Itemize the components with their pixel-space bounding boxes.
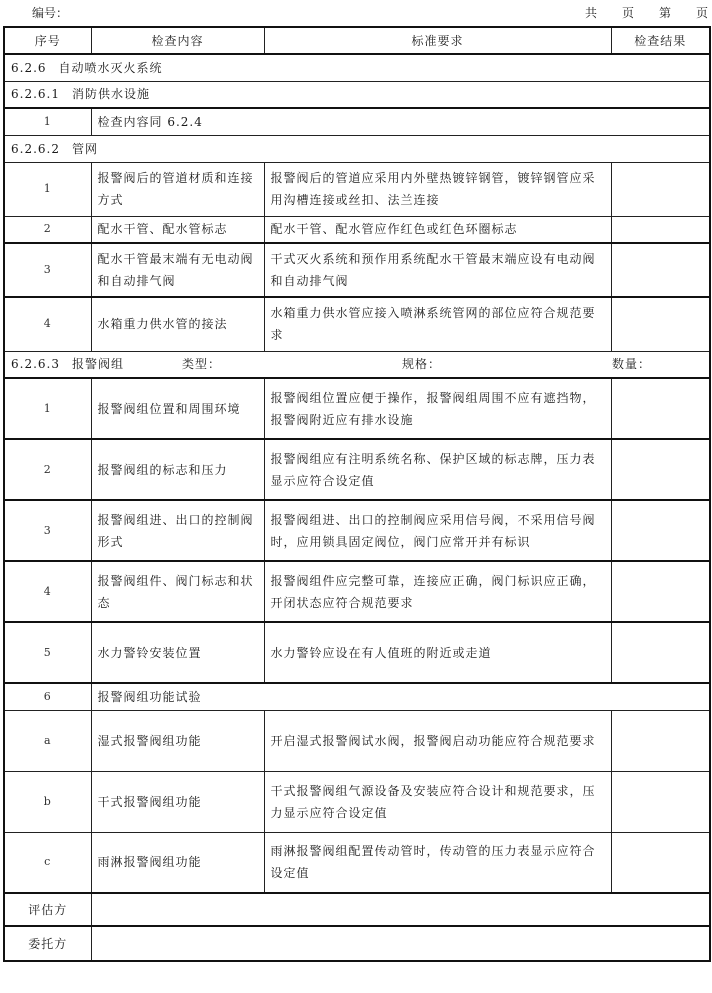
row-requirement: 干式灭火系统和预作用系统配水干管最末端应设有电动阀和自动排气阀	[264, 243, 611, 297]
section-heading: 6.2.6.3报警阀组类型：规格：数量：	[4, 351, 710, 378]
row-content: 配水干管最末端有无电动阀和自动排气阀	[91, 243, 264, 297]
pager-current-label: 第	[659, 4, 671, 21]
section-heading: 6.2.6.2管网	[4, 135, 710, 162]
section-title: 消防供水设施	[72, 87, 150, 101]
pager-total-label: 共	[585, 4, 597, 21]
row-content: 报警阀组的标志和压力	[91, 439, 264, 500]
signature-field[interactable]	[91, 926, 710, 961]
table-row: 2 报警阀组的标志和压力 报警阀组应有注明系统名称、保护区域的标志牌，压力表显示…	[4, 439, 710, 500]
pager-page-unit-2: 页	[696, 4, 708, 21]
row-content: 水力警铃安装位置	[91, 622, 264, 683]
section-number: 6.2.6.2	[11, 142, 60, 156]
row-requirement: 报警阀后的管道应采用内外壁热镀锌钢管，镀锌钢管应采用沟槽连接或丝扣、法兰连接	[264, 162, 611, 216]
row-number: 1	[4, 108, 91, 135]
section-row-6-2-6-2: 6.2.6.2管网	[4, 135, 710, 162]
row-requirement: 报警阀组位置应便于操作，报警阀组周围不应有遮挡物，报警阀附近应有排水设施	[264, 378, 611, 439]
row-number: b	[4, 771, 91, 832]
row-content: 雨淋报警阀组功能	[91, 832, 264, 893]
row-number: 3	[4, 243, 91, 297]
table-row: a 湿式报警阀组功能 开启湿式报警阀试水阀，报警阀启动功能应符合规范要求	[4, 710, 710, 771]
row-result-cell[interactable]	[611, 243, 710, 297]
row-content: 配水干管、配水管标志	[91, 216, 264, 243]
row-result-cell[interactable]	[611, 771, 710, 832]
section-title: 报警阀组	[72, 353, 182, 375]
row-requirement: 报警阀组应有注明系统名称、保护区域的标志牌，压力表显示应符合设定值	[264, 439, 611, 500]
row-content: 检查内容同 6.2.4	[91, 108, 710, 135]
row-requirement: 水箱重力供水管应接入喷淋系统管网的部位应符合规范要求	[264, 297, 611, 351]
row-number: 4	[4, 297, 91, 351]
row-content: 干式报警阀组功能	[91, 771, 264, 832]
row-number: 4	[4, 561, 91, 622]
inspection-table: 序号 检查内容 标准要求 检查结果 6.2.6自动喷水灭火系统 6.2.6.1消…	[3, 26, 711, 962]
row-number: c	[4, 832, 91, 893]
section-heading: 6.2.6自动喷水灭火系统	[4, 54, 710, 81]
table-row: 3 报警阀组进、出口的控制阀形式 报警阀组进、出口的控制阀应采用信号阀，不采用信…	[4, 500, 710, 561]
row-content: 水箱重力供水管的接法	[91, 297, 264, 351]
page-counter: 共 页 第 页	[560, 4, 708, 21]
table-row: 1 报警阀后的管道材质和连接方式 报警阀后的管道应采用内外壁热镀锌钢管，镀锌钢管…	[4, 162, 710, 216]
table-row: 3 配水干管最末端有无电动阀和自动排气阀 干式灭火系统和预作用系统配水干管最末端…	[4, 243, 710, 297]
column-header-no: 序号	[4, 27, 91, 54]
table-row: c 雨淋报警阀组功能 雨淋报警阀组配置传动管时，传动管的压力表显示应符合设定值	[4, 832, 710, 893]
row-result-cell[interactable]	[611, 216, 710, 243]
section-row-6-2-6-3: 6.2.6.3报警阀组类型：规格：数量：	[4, 351, 710, 378]
document-number-label: 编号：	[32, 4, 68, 21]
column-header-content: 检查内容	[91, 27, 264, 54]
section-number: 6.2.6.1	[11, 87, 60, 101]
spec-field-label[interactable]: 规格：	[402, 353, 612, 375]
row-number: 1	[4, 378, 91, 439]
row-content: 报警阀组位置和周围环境	[91, 378, 264, 439]
row-requirement: 报警阀组件应完整可靠，连接应正确，阀门标识应正确，开闭状态应符合规范要求	[264, 561, 611, 622]
row-number: a	[4, 710, 91, 771]
row-requirement: 报警阀组进、出口的控制阀应采用信号阀，不采用信号阀时，应用锁具固定阀位，阀门应常…	[264, 500, 611, 561]
section-row-6-2-6: 6.2.6自动喷水灭火系统	[4, 54, 710, 81]
row-result-cell[interactable]	[611, 378, 710, 439]
row-content: 报警阀后的管道材质和连接方式	[91, 162, 264, 216]
table-row: 4 水箱重力供水管的接法 水箱重力供水管应接入喷淋系统管网的部位应符合规范要求	[4, 297, 710, 351]
row-number: 6	[4, 683, 91, 710]
row-content: 湿式报警阀组功能	[91, 710, 264, 771]
pager-page-unit: 页	[622, 4, 634, 21]
row-result-cell[interactable]	[611, 439, 710, 500]
row-number: 1	[4, 162, 91, 216]
section-number: 6.2.6	[11, 61, 47, 75]
row-number: 5	[4, 622, 91, 683]
column-header-requirement: 标准要求	[264, 27, 611, 54]
row-requirement: 开启湿式报警阀试水阀，报警阀启动功能应符合规范要求	[264, 710, 611, 771]
row-content: 报警阀组进、出口的控制阀形式	[91, 500, 264, 561]
signature-row-assessor: 评估方	[4, 893, 710, 926]
signature-label: 委托方	[4, 926, 91, 961]
signature-field[interactable]	[91, 893, 710, 926]
row-result-cell[interactable]	[611, 561, 710, 622]
signature-row-client: 委托方	[4, 926, 710, 961]
section-number: 6.2.6.3	[11, 357, 60, 371]
row-result-cell[interactable]	[611, 297, 710, 351]
row-requirement: 配水干管、配水管应作红色或红色环圈标志	[264, 216, 611, 243]
table-row: 5 水力警铃安装位置 水力警铃应设在有人值班的附近或走道	[4, 622, 710, 683]
row-content: 报警阀组功能试验	[91, 683, 710, 710]
row-result-cell[interactable]	[611, 500, 710, 561]
section-row-6-2-6-1: 6.2.6.1消防供水设施	[4, 81, 710, 108]
table-row: 4 报警阀组件、阀门标志和状态 报警阀组件应完整可靠，连接应正确，阀门标识应正确…	[4, 561, 710, 622]
row-result-cell[interactable]	[611, 622, 710, 683]
section-title: 管网	[72, 142, 98, 156]
signature-label: 评估方	[4, 893, 91, 926]
row-result-cell[interactable]	[611, 832, 710, 893]
row-content: 报警阀组件、阀门标志和状态	[91, 561, 264, 622]
row-requirement: 水力警铃应设在有人值班的附近或走道	[264, 622, 611, 683]
table-header-row: 序号 检查内容 标准要求 检查结果	[4, 27, 710, 54]
row-result-cell[interactable]	[611, 162, 710, 216]
table-row: b 干式报警阀组功能 干式报警阀组气源设备及安装应符合设计和规范要求，压力显示应…	[4, 771, 710, 832]
page-header: 编号： 共 页 第 页	[0, 0, 712, 26]
table-row-function-test: 6 报警阀组功能试验	[4, 683, 710, 710]
row-result-cell[interactable]	[611, 710, 710, 771]
row-requirement: 干式报警阀组气源设备及安装应符合设计和规范要求，压力显示应符合设定值	[264, 771, 611, 832]
quantity-field-label[interactable]: 数量：	[612, 353, 651, 375]
row-number: 2	[4, 439, 91, 500]
section-title: 自动喷水灭火系统	[59, 61, 163, 75]
table-row: 1 检查内容同 6.2.4	[4, 108, 710, 135]
table-row: 1 报警阀组位置和周围环境 报警阀组位置应便于操作，报警阀组周围不应有遮挡物，报…	[4, 378, 710, 439]
section-heading: 6.2.6.1消防供水设施	[4, 81, 710, 108]
type-field-label[interactable]: 类型：	[182, 353, 402, 375]
table-row: 2 配水干管、配水管标志 配水干管、配水管应作红色或红色环圈标志	[4, 216, 710, 243]
column-header-result: 检查结果	[611, 27, 710, 54]
row-number: 3	[4, 500, 91, 561]
row-requirement: 雨淋报警阀组配置传动管时，传动管的压力表显示应符合设定值	[264, 832, 611, 893]
row-number: 2	[4, 216, 91, 243]
